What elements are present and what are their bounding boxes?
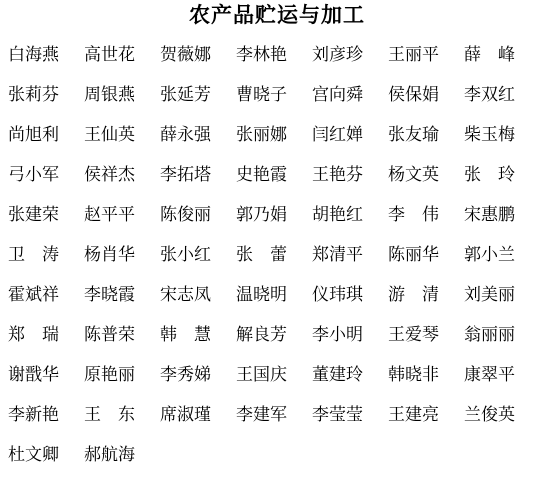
- name-item: 刘美丽: [464, 275, 516, 315]
- name-item: 张友瑜: [388, 115, 440, 155]
- name-item: 张建荣: [8, 195, 60, 235]
- name-row: 谢戬华原艳丽李秀娣王国庆董建玲韩晓非康翠平: [8, 355, 554, 395]
- name-item: 刘彦珍: [312, 35, 364, 75]
- name-item: 张 玲: [464, 155, 516, 195]
- name-item: 张丽娜: [236, 115, 288, 155]
- name-item: 王 东: [84, 395, 136, 435]
- name-item: 侯保娟: [388, 75, 440, 115]
- name-item: 陈普荣: [84, 315, 136, 355]
- name-row: 李新艳王 东席淑瑾李建军李莹莹王建亮兰俊英: [8, 395, 554, 435]
- name-item: 王丽平: [388, 35, 440, 75]
- name-item: 白海燕: [8, 35, 60, 75]
- name-item: 卫 涛: [8, 235, 60, 275]
- name-item: 尚旭利: [8, 115, 60, 155]
- name-item: 席淑瑾: [160, 395, 212, 435]
- name-item: 张延芳: [160, 75, 212, 115]
- name-row: 尚旭利王仙英薛永强张丽娜闫红婵张友瑜柴玉梅: [8, 115, 554, 155]
- name-item: 侯祥杰: [84, 155, 136, 195]
- name-item: 韩晓非: [388, 355, 440, 395]
- name-row: 霍斌祥李晓霞宋志凤温晓明仪玮琪游 清刘美丽: [8, 275, 554, 315]
- name-item: 仪玮琪: [312, 275, 364, 315]
- name-item: 郭乃娟: [236, 195, 288, 235]
- name-item: 韩 慧: [160, 315, 212, 355]
- name-item: 王艳芬: [312, 155, 364, 195]
- name-item: 宋志凤: [160, 275, 212, 315]
- name-row: 张莉芬周银燕张延芳曹晓子宫向舜侯保娟李双红: [8, 75, 554, 115]
- name-item: 李拓塔: [160, 155, 212, 195]
- name-item: 董建玲: [312, 355, 364, 395]
- name-item: 赵平平: [84, 195, 136, 235]
- name-item: 杜文卿: [8, 435, 60, 475]
- name-item: 张 蕾: [236, 235, 288, 275]
- name-item: 王建亮: [388, 395, 440, 435]
- name-item: 胡艳红: [312, 195, 364, 235]
- name-item: 高世花: [84, 35, 136, 75]
- name-item: 闫红婵: [312, 115, 364, 155]
- name-item: 李新艳: [8, 395, 60, 435]
- name-item: 李林艳: [236, 35, 288, 75]
- name-row: 白海燕高世花贺薇娜李林艳刘彦珍王丽平薛 峰: [8, 35, 554, 75]
- name-list: 白海燕高世花贺薇娜李林艳刘彦珍王丽平薛 峰张莉芬周银燕张延芳曹晓子宫向舜侯保娟李…: [8, 35, 554, 475]
- name-row: 郑 瑞陈普荣韩 慧解良芳李小明王爱琴翁丽丽: [8, 315, 554, 355]
- name-item: 李双红: [464, 75, 516, 115]
- name-item: 王国庆: [236, 355, 288, 395]
- name-item: 李 伟: [388, 195, 440, 235]
- name-item: 兰俊英: [464, 395, 516, 435]
- name-item: 李小明: [312, 315, 364, 355]
- name-item: 贺薇娜: [160, 35, 212, 75]
- name-item: 杨文英: [388, 155, 440, 195]
- name-item: 李建军: [236, 395, 288, 435]
- name-item: 解良芳: [236, 315, 288, 355]
- name-item: 弓小军: [8, 155, 60, 195]
- name-item: 王爱琴: [388, 315, 440, 355]
- name-item: 周银燕: [84, 75, 136, 115]
- name-item: 李莹莹: [312, 395, 364, 435]
- name-item: 霍斌祥: [8, 275, 60, 315]
- page-title: 农产品贮运与加工: [8, 3, 554, 27]
- name-item: 郝航海: [84, 435, 136, 475]
- name-row: 卫 涛杨肖华张小红张 蕾郑清平陈丽华郭小兰: [8, 235, 554, 275]
- name-row: 弓小军侯祥杰李拓塔史艳霞王艳芬杨文英张 玲: [8, 155, 554, 195]
- name-item: 郑 瑞: [8, 315, 60, 355]
- name-item: 康翠平: [464, 355, 516, 395]
- name-item: 薛 峰: [464, 35, 516, 75]
- name-item: 宫向舜: [312, 75, 364, 115]
- name-row: 杜文卿郝航海: [8, 435, 554, 475]
- name-item: 史艳霞: [236, 155, 288, 195]
- name-item: 原艳丽: [84, 355, 136, 395]
- name-item: 李秀娣: [160, 355, 212, 395]
- name-item: 温晓明: [236, 275, 288, 315]
- name-item: 曹晓子: [236, 75, 288, 115]
- name-item: 郭小兰: [464, 235, 516, 275]
- name-item: 郑清平: [312, 235, 364, 275]
- name-item: 杨肖华: [84, 235, 136, 275]
- name-item: 张小红: [160, 235, 212, 275]
- name-item: 宋惠鹏: [464, 195, 516, 235]
- name-row: 张建荣赵平平陈俊丽郭乃娟胡艳红李 伟宋惠鹏: [8, 195, 554, 235]
- name-item: 李晓霞: [84, 275, 136, 315]
- name-item: 柴玉梅: [464, 115, 516, 155]
- name-item: 王仙英: [84, 115, 136, 155]
- name-item: 张莉芬: [8, 75, 60, 115]
- name-item: 薛永强: [160, 115, 212, 155]
- name-item: 翁丽丽: [464, 315, 516, 355]
- name-item: 陈丽华: [388, 235, 440, 275]
- document-page: 农产品贮运与加工 白海燕高世花贺薇娜李林艳刘彦珍王丽平薛 峰张莉芬周银燕张延芳曹…: [0, 0, 554, 475]
- name-item: 游 清: [388, 275, 440, 315]
- name-item: 陈俊丽: [160, 195, 212, 235]
- name-item: 谢戬华: [8, 355, 60, 395]
